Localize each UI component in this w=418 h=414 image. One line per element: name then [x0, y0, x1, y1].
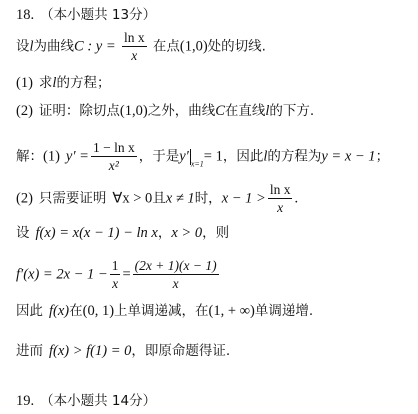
part-1: (1)求l的方程；	[16, 74, 110, 92]
interval: (0, 1)	[83, 303, 114, 319]
point: (1,0)	[180, 39, 208, 55]
numerator: ln x	[122, 30, 147, 47]
text: ，	[139, 149, 153, 165]
text: 的方程为	[267, 149, 321, 165]
denominator: x	[268, 199, 293, 216]
text: 证明：除切点	[39, 103, 120, 119]
denominator: x²	[91, 157, 137, 174]
numerator: 1	[110, 258, 121, 275]
condition: x > 0	[171, 225, 202, 241]
value: = 1	[204, 149, 223, 165]
denominator: x	[122, 47, 147, 64]
text: =	[122, 267, 130, 283]
derivative: y′ =	[66, 149, 89, 165]
solution-4: f′(x) = 2x − 1 −1x=(2x + 1)(x − 1)x	[16, 258, 221, 292]
fraction: ln xx	[268, 182, 293, 216]
solution-5: 因此f(x)在(0, 1)上单调递减，在(1, + ∞)单调递增.	[16, 302, 313, 320]
text: ，	[158, 225, 172, 241]
question-19-header: 19.（本小题共 14分）	[16, 392, 156, 410]
text: 处的切线.	[208, 39, 266, 55]
numerator: (2x + 1)(x − 1)	[133, 258, 219, 275]
question-18-statement: 设l为曲线C : y = ln xx 在点(1,0)处的切线.	[16, 30, 266, 64]
solution-label: 解：	[16, 149, 43, 165]
text: .	[294, 191, 298, 207]
point: (1,0)	[120, 103, 148, 119]
text: ，	[223, 149, 237, 165]
text: 之外，曲线	[148, 103, 216, 119]
part-index: (1)	[43, 149, 60, 165]
function: f(x)	[49, 303, 69, 319]
subscript: x=1	[191, 160, 204, 169]
text: 时，	[195, 191, 222, 207]
solution-3: 设f(x) = x(x − 1) − ln x，x > 0，则	[16, 224, 229, 242]
question-number: 18.	[16, 7, 34, 23]
part-index: (1)	[16, 75, 33, 91]
fraction: (2x + 1)(x − 1)x	[133, 258, 219, 292]
text: 为曲线	[34, 39, 75, 55]
numerator: 1 − ln x	[91, 140, 137, 157]
numerator: ln x	[268, 182, 293, 199]
condition: ∀x > 0	[112, 191, 152, 207]
interval: (1, + ∞)	[209, 303, 255, 319]
text: 上单调递减，在	[114, 303, 209, 319]
part-index: (2)	[16, 191, 33, 207]
part-index: (2)	[16, 103, 33, 119]
text: ，则	[202, 225, 229, 241]
text: 因此	[236, 149, 263, 165]
fraction: 1x	[110, 258, 121, 292]
fraction: ln xx	[122, 30, 147, 64]
function-def: f(x) = x(x − 1) − ln x	[36, 225, 158, 241]
text: 设	[16, 225, 30, 241]
score-label: （本小题共 14分）	[40, 393, 156, 409]
text: 的方程；	[56, 75, 110, 91]
text: 在	[69, 303, 83, 319]
question-number: 19.	[16, 393, 34, 409]
text: 的下方.	[269, 103, 314, 119]
fraction: 1 − ln xx²	[91, 140, 137, 174]
score-label: （本小题共 13分）	[40, 7, 156, 23]
text: 进而	[16, 343, 43, 359]
solution-1: 解：(1)y′ =1 − ln xx²，于是y′x=1= 1，因此l的方程为y …	[16, 140, 389, 174]
denominator: x	[110, 275, 121, 292]
inequality-lhs: x − 1 >	[222, 191, 266, 207]
inequality: f(x) > f(1) = 0	[49, 343, 131, 359]
text: ，即原命题得证.	[131, 343, 230, 359]
derivative-expr: f′(x) = 2x − 1 −	[16, 267, 108, 283]
text: 在点	[153, 39, 180, 55]
denominator: x	[133, 275, 219, 292]
tangent-equation: y = x − 1	[321, 149, 375, 165]
solution-6: 进而f(x) > f(1) = 0，即原命题得证.	[16, 342, 230, 360]
text: 因此	[16, 303, 43, 319]
condition: x ≠ 1	[166, 191, 195, 207]
text: 在直线	[225, 103, 266, 119]
solution-2: (2)只需要证明∀x > 0且x ≠ 1时，x − 1 >ln xx.	[16, 182, 298, 216]
text: 求	[39, 75, 53, 91]
text: 只需要证明	[39, 191, 107, 207]
text: ；	[376, 149, 390, 165]
var-c: C	[215, 103, 225, 119]
text: 且	[152, 191, 166, 207]
part-2: (2)证明：除切点(1,0)之外，曲线C在直线l的下方.	[16, 102, 314, 120]
curve-expr: C : y =	[74, 39, 116, 55]
question-18-header: 18.（本小题共 13分）	[16, 6, 156, 24]
text: 于是	[152, 149, 179, 165]
text: 单调递增.	[255, 303, 313, 319]
derivative: y′	[179, 149, 189, 165]
text: 设	[16, 39, 30, 55]
